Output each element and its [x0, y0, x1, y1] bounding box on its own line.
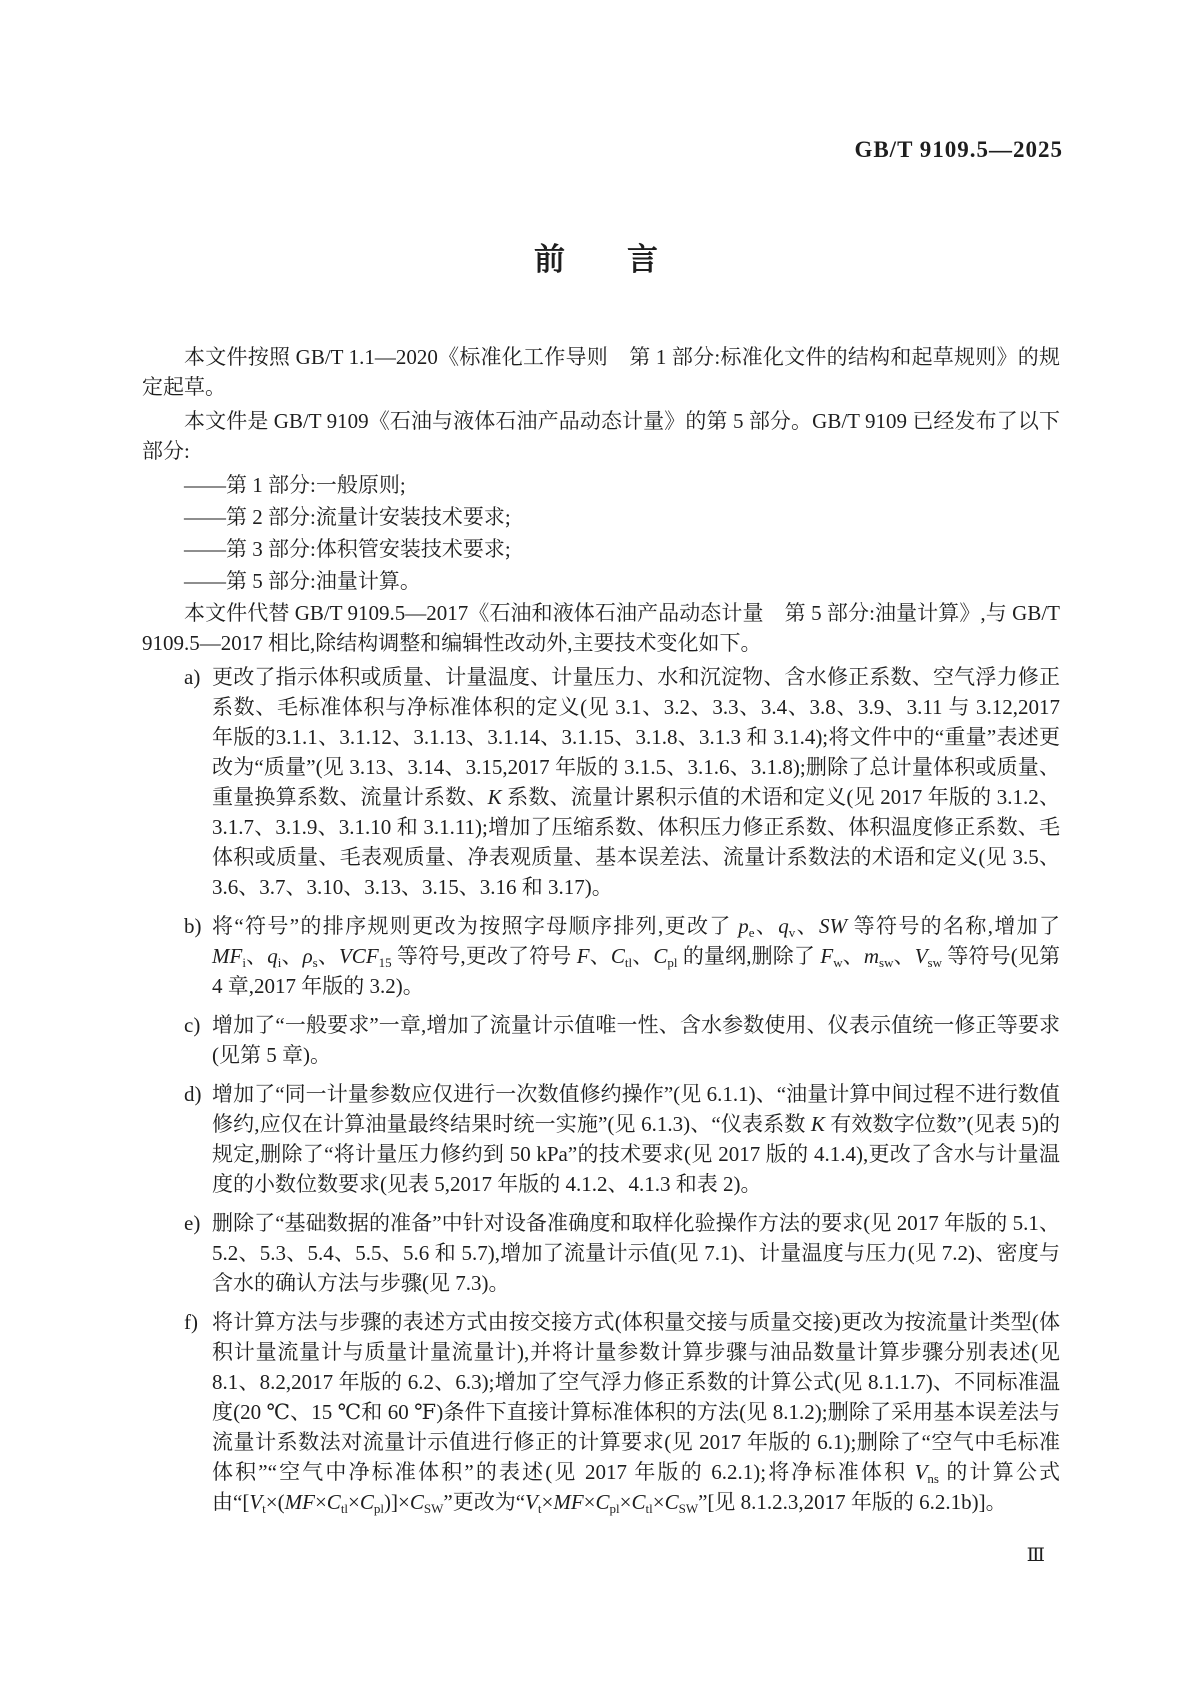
foreword-body: 本文件按照 GB/T 1.1—2020《标准化工作导则 第 1 部分:标准化文件… — [142, 342, 1060, 1526]
block-text: ——第 2 部分:流量计安装技术要求; — [184, 505, 511, 529]
change-item-d: d)增加了“同一计量参数应仅进行一次数值修约操作”(见 6.1.1)、“油量计算… — [142, 1079, 1060, 1199]
block-text: ——第 3 部分:体积管安装技术要求; — [184, 537, 511, 561]
item-label: e) — [184, 1208, 200, 1238]
item-label: f) — [184, 1307, 198, 1337]
change-item-e: e)删除了“基础数据的准备”中针对设备准确度和取样化验操作方法的要求(见 201… — [142, 1208, 1060, 1298]
series-part-3: ——第 3 部分:体积管安装技术要求; — [142, 534, 1060, 564]
page-title: 前 言 — [136, 241, 1056, 279]
page-number: Ⅲ — [1027, 1545, 1045, 1567]
block-text: 更改了指示体积或质量、计量温度、计量压力、水和沉淀物、含水修正系数、空气浮力修正… — [212, 665, 1060, 899]
change-item-f: f)将计算方法与步骤的表述方式由按交接方式(体积量交接与质量交接)更改为按流量计… — [142, 1307, 1060, 1517]
block-text: 将计算方法与步骤的表述方式由按交接方式(体积量交接与质量交接)更改为按流量计类型… — [212, 1310, 1060, 1514]
block-text: ——第 1 部分:一般原则; — [184, 473, 406, 497]
item-label: d) — [184, 1079, 202, 1109]
block-text: 本文件代替 GB/T 9109.5—2017《石油和液体石油产品动态计量 第 5… — [142, 601, 1060, 655]
block-text: 增加了“一般要求”一章,增加了流量计示值唯一性、含水参数使用、仪表示值统一修正等… — [212, 1013, 1060, 1067]
change-item-b: b)将“符号”的排序规则更改为按照字母顺序排列,更改了 pe、qv、SW 等符号… — [142, 911, 1060, 1001]
block-text: ——第 5 部分:油量计算。 — [184, 569, 421, 593]
para-series-intro: 本文件是 GB/T 9109《石油与液体石油产品动态计量》的第 5 部分。GB/… — [142, 406, 1060, 466]
item-label: a) — [184, 662, 200, 692]
item-label: c) — [184, 1010, 200, 1040]
para-replacement: 本文件代替 GB/T 9109.5—2017《石油和液体石油产品动态计量 第 5… — [142, 598, 1060, 658]
series-part-2: ——第 2 部分:流量计安装技术要求; — [142, 502, 1060, 532]
document-page: GB/T 9109.5—2025 前 言 本文件按照 GB/T 1.1—2020… — [0, 0, 1191, 1685]
standard-number: GB/T 9109.5—2025 — [854, 137, 1063, 163]
block-text: 本文件是 GB/T 9109《石油与液体石油产品动态计量》的第 5 部分。GB/… — [142, 409, 1060, 463]
item-label: b) — [184, 911, 202, 941]
series-part-5: ——第 5 部分:油量计算。 — [142, 566, 1060, 596]
block-text: 本文件按照 GB/T 1.1—2020《标准化工作导则 第 1 部分:标准化文件… — [142, 345, 1060, 399]
change-item-c: c)增加了“一般要求”一章,增加了流量计示值唯一性、含水参数使用、仪表示值统一修… — [142, 1010, 1060, 1070]
block-text: 增加了“同一计量参数应仅进行一次数值修约操作”(见 6.1.1)、“油量计算中间… — [212, 1082, 1060, 1196]
series-part-1: ——第 1 部分:一般原则; — [142, 470, 1060, 500]
change-item-a: a)更改了指示体积或质量、计量温度、计量压力、水和沉淀物、含水修正系数、空气浮力… — [142, 662, 1060, 902]
para-drafting-basis: 本文件按照 GB/T 1.1—2020《标准化工作导则 第 1 部分:标准化文件… — [142, 342, 1060, 402]
block-text: 将“符号”的排序规则更改为按照字母顺序排列,更改了 pe、qv、SW 等符号的名… — [212, 914, 1060, 998]
block-text: 删除了“基础数据的准备”中针对设备准确度和取样化验操作方法的要求(见 2017 … — [212, 1211, 1060, 1295]
